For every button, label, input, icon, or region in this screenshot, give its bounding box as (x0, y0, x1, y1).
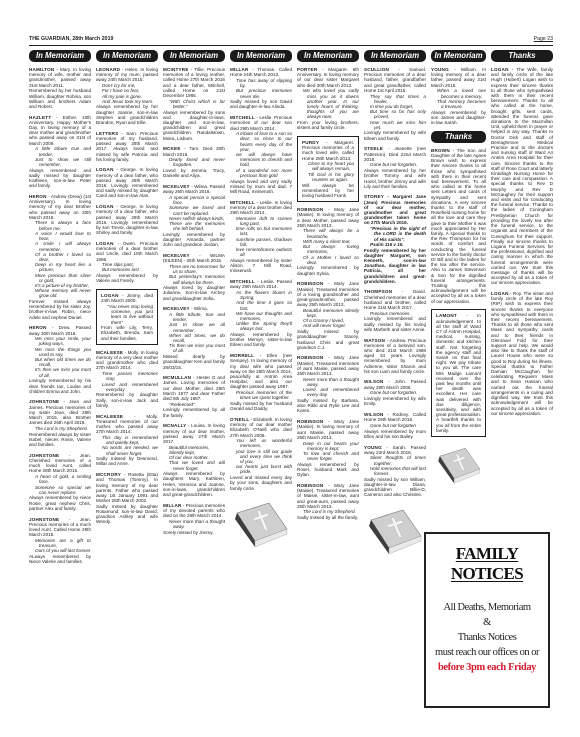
notice-body: MCKELVEY - Wilma. Passed away 26th March… (163, 184, 225, 194)
verse-line: Just to show we all remember. (169, 322, 225, 332)
verse-line: No words are needed, we shall never forg… (102, 445, 158, 455)
verse-line: And Jesus took my tears. (102, 99, 158, 104)
verse-line: And will never forget. (303, 323, 359, 328)
notice-signoff: Always remembered by sister Alison. 7 Mi… (230, 258, 292, 274)
notice-entry: ROBINSON - Mary Jane (Maisie). In loving… (297, 419, 359, 477)
family-notices-line: & (426, 617, 548, 628)
notice-signoff: Lovingly remembered by all the family. (163, 407, 225, 417)
notice-body: MCALEESE - Molly. In loving memory of a … (96, 350, 158, 371)
notice-verse: Silent thoughts of times together,Hold m… (364, 455, 426, 476)
notice-body: MCNALLY - Louisa. In loving memory of ou… (163, 423, 225, 444)
publication-date: THE GUARDIAN, 28th March 2019 (29, 36, 113, 42)
verse-line: "You never stop loving someone, you just… (107, 304, 153, 325)
column-5: In Memoriam PORTER - Margaret. 6th Anniv… (297, 50, 359, 526)
notice-body: LOGAN - Jimmy, died 24th March 2000. (101, 293, 153, 303)
notice-body: ROBINSON - Mary Jane (Maisie). In loving… (297, 207, 359, 228)
section-header-in-memoriam: In Memoriam (230, 50, 292, 62)
notice-signoff: Always remembered by daughters Mary, Kat… (163, 471, 225, 497)
notice-entry: LEONARD - Helen. In loving memory of my … (96, 67, 158, 125)
verse-line: our hearts just burst with pride. (236, 464, 292, 474)
page-number: Page 23 (534, 36, 553, 42)
notice-verse: "Precious in the sight of the LORD is th… (364, 226, 426, 247)
notice-text: - The Wife, family and family circle of … (491, 67, 553, 285)
notice-entry: ROBINSON - Mary Jane (Maisie). Treasured… (297, 281, 359, 350)
notice-signoff: Remembered always by sister Isobel, niec… (29, 432, 91, 448)
notice-entry: MCKEE - Tam. Died 30th March 2016.Dearly… (163, 146, 225, 178)
notice-body: MILLAR - Precious memories of my devoted… (163, 503, 225, 519)
notice-signoff: Always loved and very sadly missed by mu… (230, 179, 292, 195)
verse-line: There are no tomorrows for us to share, (169, 264, 225, 274)
notice-entry: MCNALLY - Louisa. In loving memory of ou… (163, 423, 225, 497)
masthead-rule (29, 45, 553, 46)
notice-entry: HAZLETT - Esther. 10th Anniversary. Happ… (29, 115, 91, 189)
notice-text: - Andrew. Precious memories of a beloved… (364, 338, 426, 374)
verse-line: They say that times a healer, (370, 94, 426, 104)
verse-line: Of a brother I loved so dear, (35, 252, 91, 262)
verse-line: But always loving memories, (303, 244, 359, 254)
notice-body: LOGAN - Owen. Precious memories of a dea… (96, 241, 158, 262)
verse-line: Unlike the Spring they'll always last. (236, 321, 292, 331)
verse-line: "Precious in the sight of the LORD is th… (370, 226, 426, 242)
notice-verse: "With Christ which is far better." (163, 99, 225, 109)
notice-entry: WILSON - Rodney. Called Home 29th March … (364, 412, 426, 439)
notice-entry: SCULLION - Samuel. Precious memories of … (364, 67, 426, 141)
verse-line: Of a Mother I loved so dear. (303, 255, 359, 265)
notice-text: - Margaret Jane (Jean) Precious memories… (364, 194, 426, 225)
notice-verse: A little tribute true and tender,Just to… (29, 146, 91, 167)
notice-body: LAMONT - In acknowledgement to all the s… (436, 313, 481, 433)
notice-body: YOUNG - William. In loving memory of a d… (431, 67, 486, 88)
verse-line: Precious memories of the times we spent … (236, 390, 292, 400)
notice-verse: A heart of gold, a smiling face,Someone … (29, 474, 91, 495)
notice-signoff: Always remembered by her daughter Joanne… (96, 104, 158, 125)
verse-line: A voice I would love to hear, (35, 231, 91, 241)
verse-line: Till God in his glory reunites us again. (308, 172, 354, 182)
notice-signoff: Lovingly remembered by daughter Sylvia. (297, 265, 359, 275)
notice-verse: Dearly loved and never forgotten. (163, 157, 225, 167)
verse-line: To love and cherish and never forget. (303, 451, 359, 461)
notice-body: JOHNSTONE - Jean and James. Precious mem… (29, 399, 91, 425)
notice-text: - George. In loving memory of a dear fat… (96, 167, 158, 198)
notice-entry: LOGAN - George. In loving memory of a de… (96, 167, 158, 198)
verse-line: "With Christ which is far better." (169, 99, 225, 109)
notice-text: - Sam. Precious memories of my husband, … (96, 131, 158, 162)
verse-line: A little tribute true and tender, (35, 146, 91, 156)
notice-signoff: Lovingly remembered by wife Emily. (364, 396, 426, 406)
notice-verse: We miss your smile, your joking ways,We … (29, 336, 91, 378)
notice-body: ROBINSON - Mary Jane (Maisie). Treasured… (297, 281, 359, 307)
notice-verse: Time slips past,But memories last (96, 262, 158, 272)
notice-signoff: Always remembered and sadly missed by da… (29, 168, 91, 189)
verse-line: You left us wonderful memories, (236, 438, 292, 448)
notice-signoff: Will always be remembered by her loving … (302, 183, 354, 199)
notice-entry: LETTERS - Sam. Precious memories of my h… (96, 131, 158, 162)
verse-line: But time so far has only proved, (370, 109, 426, 119)
verse-line: Ours of you will last forever (35, 548, 91, 553)
notice-entry: HERON - Drew. Passed away 30th March 201… (29, 325, 91, 394)
notice-entry: MCALEESE - Molly. Treasured memories of … (96, 414, 158, 467)
notice-verse: Gone but not forgotten. (364, 162, 426, 167)
notice-entry: PORTER - Margaret. 6th Anniversary. In l… (297, 67, 359, 130)
verse-line: Someone so special we can never replace. (35, 485, 91, 495)
notice-text: - Wilma. (190, 306, 208, 311)
section-header-in-memoriam: In Memoriam (364, 50, 426, 62)
notice-verse: They say that times a healer,In time you… (364, 94, 426, 130)
family-notices-deadline: before 3pm each Friday (426, 662, 548, 673)
notice-signoff: Always remembered by niece Rosie, great … (29, 495, 91, 511)
notice-verse: Memories drift to scenes long past,time … (230, 216, 292, 258)
verse-line: Deep in my heart lies a picture, (35, 262, 91, 272)
notice-signoff: Sadly missed by all the family. (297, 515, 359, 520)
section-header-in-memoriam: In Memoriam (163, 50, 225, 62)
notice-verse: Never more than a thought away. (163, 519, 225, 529)
notice-verse: Beautiful memories silently kept,Of a Gr… (297, 308, 359, 329)
notice-body: HERON - Drew. Passed away 30th March 201… (29, 325, 91, 335)
notice-verse: "Redeemed". (163, 402, 225, 407)
notice-entry: MILLAR - Thomas. Called Home 24th March … (230, 67, 292, 110)
column-8: Thanks LOGAN - The Wife, family and fami… (491, 50, 553, 421)
notice-verse: There is always a face before me,A voice… (29, 220, 91, 298)
notice-entry: JOHNSTONE - Jean. Cherished memories of … (29, 453, 91, 511)
notice-signoff: Always remembered by her brother Tommy a… (364, 168, 426, 189)
column-1: In Memoriam HAMILTON - Mary. In loving m… (29, 50, 91, 570)
notice-surname: MCKELVEY (163, 306, 190, 311)
verse-line: your love is still our guide and every t… (236, 449, 292, 465)
notice-verse: Gone but not forgotten. (364, 390, 426, 395)
verse-line: This day is remembered and quietly kept, (102, 435, 158, 445)
verse-line: Gone but not forgotten. (370, 162, 426, 167)
notice-body: LOGAN - George. In loving memory of a de… (96, 204, 158, 235)
notice-body: MCKEE - Tam. Died 30th March 2016. (163, 146, 225, 156)
section-header-in-memoriam: In Memoriam (96, 50, 158, 62)
notice-entry: WILSON - John. Passed away 29th March 20… (364, 379, 426, 406)
notice-signoff: Always remembered by sons and daughter-i… (163, 110, 225, 141)
notice-body: MITCHELL - Leslie. In loving memory of a… (230, 200, 292, 216)
verse-line: Silent thoughts of times together, (370, 455, 426, 465)
notice-body: ROBINSON - Mary Jane (Maisie). Treasured… (297, 483, 359, 509)
notice-signoff: Sadly missed by Desmond, Millar and Anne… (96, 456, 158, 466)
notice-entry: MCCRORY - Rosetta (Etta) and Thomas (Tom… (96, 472, 158, 525)
notice-entry: HERON - Andrew (Drew) (1st Anniversary).… (29, 194, 91, 320)
notice-entry: MCKELVEY - Wilma.A little tribute, true … (163, 306, 225, 369)
verse-line: we will always have memories to cherish … (236, 152, 292, 168)
notice-verse: A special person a special face,Someone … (163, 195, 225, 231)
notice-entry: MITCHELL - Leslie. In loving memory of a… (230, 200, 292, 274)
notice-signoff: Forever missed always remembered by his … (29, 299, 91, 320)
notice-entry: MCALEESE - Molly. In loving memory of a … (96, 350, 158, 408)
verse-line: Someone we loved and can't be replaced. (169, 205, 225, 215)
notice-text: - Tillie. Precious memories of a loving … (163, 67, 225, 98)
notice-text: - The Son and Daughter of the late Agnes… (431, 148, 486, 304)
verse-line: Beautiful memories silently kept, (303, 308, 359, 318)
notice-entry: THOMPSON - David. Cherished memories of … (364, 289, 426, 332)
notice-verse: We who loved you sadly miss you as it da… (297, 88, 359, 119)
column-6: In Memoriam SCULLION - Samuel. Precious … (364, 50, 426, 564)
notice-signoff: Loved and missed every day by your sons,… (230, 475, 292, 491)
notice-signoff: Always remembered by mum Ellen and his s… (364, 429, 426, 439)
notice-verse: Memories are a gift to treasure,Ours of … (29, 538, 91, 554)
notice-signoff: Always remembered by brother Mervyn, sis… (230, 332, 292, 348)
notice-entry: YOUNG - William. In loving memory of a d… (431, 67, 486, 125)
notice-entry: WATSON - Andrew. Precious memories of a … (364, 338, 426, 374)
verse-line: A little tribute, true and tender, (169, 312, 225, 322)
verse-line: We miss the things you used to say, (35, 347, 91, 357)
verse-line: Loved and remembered everyday (102, 382, 158, 392)
notice-signoff: Lovingly remembered by wife Eileen and f… (364, 130, 426, 140)
notice-signoff: Sadly missed by her husband Gerald and D… (230, 401, 292, 411)
verse-line: A heart of gold, a smiling face, (35, 474, 91, 484)
notice-entry: MORRELL - Ellen (nee Sempey). In loving … (230, 353, 292, 411)
notice-entry: LAMONT - In acknowledgement to all the s… (431, 309, 486, 437)
notice-entry: LOGAN - Roy. The sister and family circl… (491, 291, 553, 416)
section-header-in-memoriam: In Memoriam (431, 50, 486, 62)
verse-line: Memories drift to scenes long past, (236, 216, 292, 226)
notice-verse: A tribute of love to a son so dear, so c… (230, 131, 292, 178)
verse-line: Time has away of slipping by, (236, 78, 292, 88)
verse-line: More precious than silver or gold, (35, 273, 91, 283)
notice-body: MITCHELL - Leslie. Passed away 29th Marc… (230, 279, 292, 289)
notice-body: ROBINSON - Mary Jane (Maisie). Treasured… (297, 355, 359, 376)
notice-entry: MCKELVEY - Wilma. Passed away 26th March… (163, 184, 225, 247)
notice-text: - Esther. 10th Anniversary. Happy Mother… (29, 115, 91, 146)
verse-line: Just to show we still remember. (35, 157, 91, 167)
verse-line: Hold memories that will last forever. (370, 466, 426, 476)
notice-signoff: Sadly missed by daughter Rosamund, son-i… (96, 504, 158, 525)
notice-verse: The Lord is my Shepherd. (297, 509, 359, 514)
verse-line: Psalm 116 v 15. (370, 242, 426, 247)
notice-body: LEONARD - Helen. In loving memory of my … (96, 67, 158, 83)
notice-body: MITCHELL - Leslie. Precious memories of … (230, 115, 292, 131)
column-2: In Memoriam LEONARD - Helen. In loving m… (96, 50, 158, 530)
notice-verse: Close to my heart you will always remain… (302, 161, 354, 182)
notice-entry: MITCHELL - Leslie. Precious memories of … (230, 115, 292, 194)
verse-line: It's then we miss you most of all. (35, 367, 91, 377)
verse-line: Close to my heart you will always remain… (308, 161, 354, 171)
notice-signoff: Remembered by daughter Sally, son-in-law… (96, 392, 158, 408)
section-header-in-memoriam: In Memoriam (29, 50, 91, 62)
notice-body: HAMILTON - Mary. In loving memory of wif… (29, 67, 91, 88)
notice-text: - Roy. The sister and family circle of t… (491, 291, 553, 416)
verse-line: time rolls on but memories last, (236, 226, 292, 236)
notice-body: THOMPSON - David. Cherished memories of … (364, 289, 426, 310)
family-notices-title: FAMILY NOTICES (426, 544, 548, 584)
notice-verse: When a loved one becomes a memory,That m… (431, 88, 486, 109)
notice-body: JOHNSTONE - Jean. Cherished memories of … (29, 453, 91, 474)
notice-signoff: Lovingly remembered by daughter Amanda, … (163, 232, 225, 248)
notice-body: LETTERS - Sam. Precious memories of my h… (96, 131, 158, 162)
notice-body: WATSON - Andrew. Precious memories of a … (364, 338, 426, 374)
notice-verse: There will always be a heartache,With ma… (297, 228, 359, 264)
verse-line: The Lord is my Shepherd. (303, 509, 359, 514)
verse-line: As the flowers bloom in Spring, (236, 290, 292, 300)
notice-entry: MITCHELL - Leslie. Passed away 29th Marc… (230, 279, 292, 348)
verse-line: Dearly loved and never forgotten. (169, 157, 225, 167)
notice-signoff: Sorely missed by Jimmy. (163, 530, 225, 535)
verse-line: Memories are a gift to treasure, (35, 538, 91, 548)
verse-line: love remembrance outlasts all (236, 247, 292, 257)
verse-line: There will always be a heartache, (303, 228, 359, 238)
verse-line: But memories last (102, 267, 158, 272)
notice-signoff: Always loved by daughter Julianne, Son-i… (163, 285, 225, 301)
section-header-thanks: Thanks (491, 50, 553, 62)
notice-entry: LOGAN - The Wife, family and family circ… (491, 67, 553, 286)
notice-entry: STEELE - Jeanette (nee Patterson). Died … (364, 146, 426, 189)
verse-line: A tribute of love to a son so dear, so c… (236, 131, 292, 152)
notice-verse: Beautiful memories,Silently kept,Of our … (163, 445, 225, 471)
notice-entry: BROWN - The Son and Daughter of the late… (431, 148, 486, 304)
verse-line: Never more than a thought away. (303, 377, 359, 387)
verse-line: That we loved and will never forget. (169, 460, 225, 470)
notice-body: BROWN - The Son and Daughter of the late… (431, 148, 486, 304)
notice-body: STEELE - Jeanette (nee Patterson). Died … (364, 146, 426, 162)
family-notices-line: Thanks Notices (426, 632, 548, 643)
notice-body: HAZLETT - Esther. 10th Anniversary. Happ… (29, 115, 91, 146)
notice-body: JOHNSTONE - Jean. Precious memories of a… (29, 517, 91, 538)
notice-verse: The Lord is my Shepherd. (29, 426, 91, 431)
notice-signoff: Missed dearly by granddaughter Keri and … (163, 354, 225, 370)
notice-body: O'NEILL - Elizabeth. In loving memory of… (230, 417, 292, 438)
notice-body: SCULLION - Samuel. Precious memories of … (364, 67, 426, 93)
verse-line: But when old times we do recall, (35, 357, 91, 367)
notice-verse: Deep in our hearts your memory is kept,T… (297, 441, 359, 462)
bible-with-cross-icon (434, 445, 484, 485)
notice-body: MCKELVEY - WILMA (EILEEN) - 26th March 2… (163, 253, 225, 263)
notice-signoff: Loved by Jemma, Tracy, Danielle and Aliy… (163, 168, 225, 178)
verse-line: But precious memories never die. (236, 88, 292, 98)
notice-text: - In acknowledgement to all the staff of… (436, 313, 481, 432)
notice-verse: This day is remembered and quietly kept,… (96, 435, 158, 456)
notice-entry: LOGAN - Jimmy, died 24th March 2000."You… (96, 289, 158, 345)
verse-line: Time passes memories stay, (102, 371, 158, 381)
family-notices-line: All Deaths, Memoriam (426, 602, 548, 613)
notice-entry: ROBINSON - Mary Jane (Maisie). Treasured… (297, 355, 359, 413)
verse-line: We have our thoughts and memories, (236, 311, 292, 321)
notice-body: WILSON - Rodney. Called Home 29th March … (364, 412, 426, 422)
notice-signoff: From your loving brothers, sisters and f… (297, 120, 359, 130)
verse-line: But yesterday's memories will always be … (169, 274, 225, 284)
verse-line: Gone but not forgotten. (370, 390, 426, 395)
notice-verse: Don't cry for me,For I have no fear,All … (96, 83, 158, 104)
verse-line: Gone but not forgotten (370, 423, 426, 428)
column-4: In Memoriam MILLAR - Thomas. Called Home… (230, 50, 292, 557)
notice-signoff: Lovingly remembered and sadly missed by … (364, 316, 426, 332)
notice-verse: Precious memories of the times we spent … (230, 390, 292, 400)
notice-body: MCCRORY - Rosetta (Etta) and Thomas (Tom… (96, 472, 158, 503)
notice-body: LOGAN - George. In loving memory of a de… (96, 167, 158, 198)
verse-line: Tis then we miss you most of all. (169, 343, 225, 353)
notice-entry: MILLAR - Precious memories of my devoted… (163, 503, 225, 535)
notice-text: - Rosetta (Etta) and Thomas (Tommy). In … (96, 472, 158, 503)
notice-entry: PURDY - Margaret. Precious memories of a… (297, 136, 359, 202)
verse-line: The Lord is my Shepherd. (35, 426, 91, 431)
bible-with-cross-icon (231, 499, 291, 549)
notice-entry: MCMULLAN - Hester G and James. Loving me… (163, 375, 225, 418)
bible-with-cross-icon (365, 506, 425, 556)
notice-body: HERON - Andrew (Drew) (1st Anniversary).… (29, 194, 91, 220)
notice-entry: MCKELVEY - WILMA (EILEEN) - 26th March 2… (163, 253, 225, 301)
notice-entry: STOREY - Margaret Jane (Jean) Precious m… (364, 194, 426, 283)
notice-signoff: ALways remembered by Niece Valerie and f… (29, 554, 91, 564)
notice-body: MILLAR - Thomas. Called Home 24th March … (230, 67, 292, 77)
notice-verse: Precious memories. (364, 311, 426, 316)
notice-verse: Gone but not forgotten (364, 423, 426, 428)
notice-body: MCMULLAN - Hester G and James. Loving me… (163, 375, 225, 401)
notice-signoff: Remembered by her husband William, daugh… (29, 88, 91, 109)
verse-line: We miss your smile, your joking ways, (35, 336, 91, 346)
column-3: In Memoriam MCINTYRE - Tillie. Precious … (163, 50, 225, 540)
notice-entry: JOHNSTONE - Jean and James. Precious mem… (29, 399, 91, 447)
notice-verse: Time has away of slipping by,But preciou… (230, 78, 292, 99)
notice-body: MCALEESE - Molly. Treasured memories of … (96, 414, 158, 435)
verse-line: Loved and remembered every day. (303, 387, 359, 397)
notice-verse: You left us wonderful memories,your love… (230, 438, 292, 474)
notice-body: ROBINSON - Mary Jane (Maisie). In loving… (297, 419, 359, 440)
verse-line: We who loved you sadly miss you as it da… (303, 88, 359, 119)
notice-body: YOUNG - Sarah. Passed away 23rd March 20… (364, 445, 426, 455)
notice-signoff: From wife Lily, Terry, Elizabeth, Brenda… (101, 325, 153, 341)
notice-entry: HAMILTON - Mary. In loving memory of wif… (29, 67, 91, 109)
notice-entry: ROBINSON - Mary Jane (Maisie). In loving… (297, 207, 359, 276)
notice-body: MCKELVEY - Wilma. (163, 306, 225, 311)
notice-body: WILSON - John. Passed away 29th March 20… (364, 379, 426, 389)
notice-verse: A little tribute, true and tender,Just t… (163, 312, 225, 354)
notice-signoff: Sadly missed by granddaughter Stacey, hu… (297, 329, 359, 350)
notice-body: PORTER - Margaret. 6th Anniversary. In l… (297, 67, 359, 88)
notice-signoff: Sadly missed by son David and daughter-i… (230, 99, 292, 109)
verse-line: How much we miss him yet. (370, 120, 426, 130)
family-notices-advert: FAMILY NOTICES All Deaths, Memoriam & Th… (424, 532, 550, 708)
notice-body: MORRELL - Ellen (nee Sempey). In loving … (230, 353, 292, 389)
verse-line: Precious memories. (370, 311, 426, 316)
verse-line: sunshine passes, shadows fall, (236, 237, 292, 247)
section-header-in-memoriam: In Memoriam (297, 50, 359, 62)
verse-line: When a loved one becomes a memory, (437, 88, 486, 98)
notice-signoff: Sadly missed by son William, daughter-in… (364, 477, 426, 498)
notice-verse: There are no tomorrows for us to share,B… (163, 264, 225, 285)
notice-signoff: Lovingly remembered by his dear friends … (29, 378, 91, 394)
notice-signoff: Always remembered by son James and daugh… (431, 110, 486, 126)
verse-line: And the time it goes so fast, (236, 300, 292, 310)
notice-signoff: Always remembered by Valerie and Family. (96, 273, 158, 283)
notice-text: - Ellen (nee Sempey). In loving memory o… (230, 353, 292, 389)
verse-line: "Redeemed". (169, 402, 225, 407)
notice-entry: LOGAN - George. In loving memory of a de… (96, 204, 158, 235)
verse-line: These are the memories she left behind. (169, 221, 225, 231)
notice-text: - George. In loving memory of a dear fat… (96, 204, 158, 235)
notice-signoff: Sadly missed by Barbara, also Rikki and … (297, 398, 359, 414)
section-header-thanks: Thanks (431, 131, 486, 143)
verse-line: Whose memory will never grow old. (35, 288, 91, 298)
column-7: In Memoriam YOUNG - William. In loving m… (431, 50, 486, 493)
notice-body: LOGAN - Roy. The sister and family circl… (491, 291, 553, 416)
notice-body: LOGAN - The Wife, family and family circ… (491, 67, 553, 286)
notice-entry: JOHNSTONE - Jean. Precious memories of a… (29, 517, 91, 565)
notice-entry: YOUNG - Sarah. Passed away 23rd March 20… (364, 445, 426, 498)
verse-line: A smile I will always remember, (35, 241, 91, 251)
notice-verse: Time passes memories stay,Loved and reme… (96, 371, 158, 392)
notice-body: STOREY - Margaret Jane (Jean) Precious m… (364, 194, 426, 225)
notice-body: MCINTYRE - Tillie. Precious memories of … (163, 67, 225, 98)
notice-entry: ROBINSON - Mary Jane (Maisie). Treasured… (297, 483, 359, 520)
notice-signoff: Always remembered by Rosel, husband Mark… (297, 462, 359, 478)
verse-line: A special person a special face, (169, 195, 225, 205)
verse-line: of a wonderful son more precious than go… (236, 168, 292, 178)
notice-entry: LOGAN - Owen. Precious memories of a dea… (96, 241, 158, 284)
notice-signoff: Fondly remembered by her daughter Margar… (364, 248, 426, 284)
notice-verse: "You never stop loving someone, you just… (101, 304, 153, 325)
notice-verse: Never more than a thought away.Loved and… (297, 377, 359, 398)
verse-line: That memory becomes a treasure. (437, 99, 486, 109)
